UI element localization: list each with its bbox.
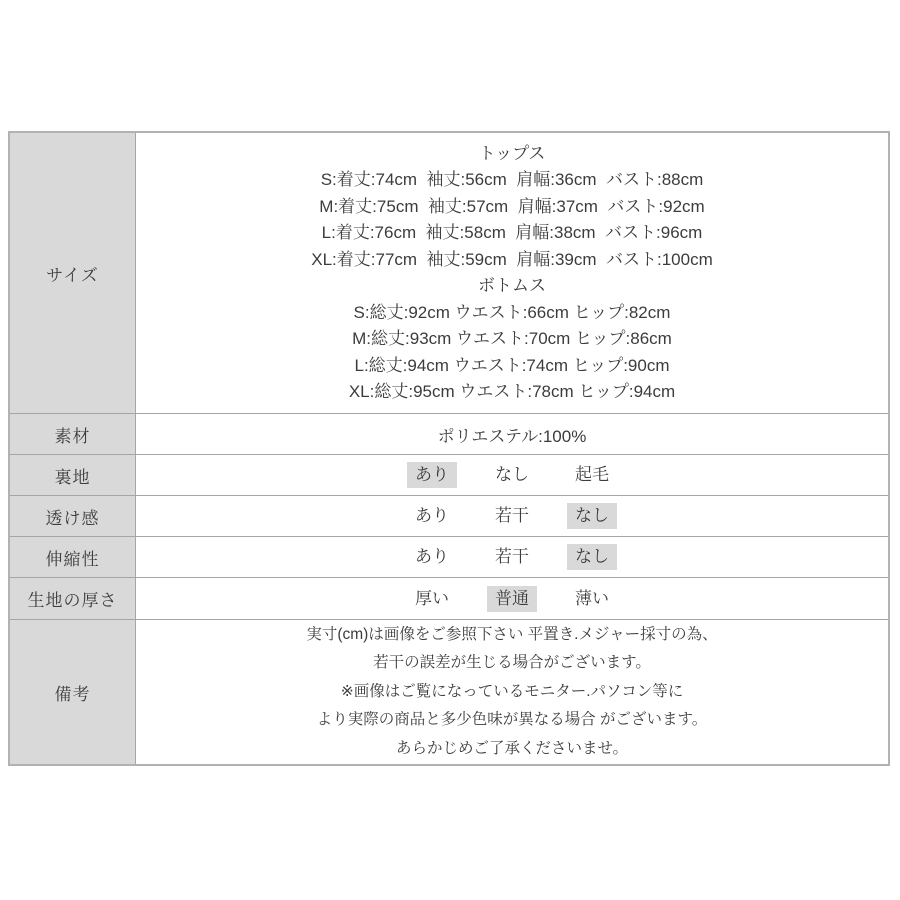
size-group-bottoms: ボトムス [478, 273, 546, 300]
remark-line-4: より実際の商品と多少色味が異なる場合 がございます。 [317, 706, 708, 735]
sheerness-option-jakkan: 若干 [487, 503, 537, 529]
row-remarks-label: 備考 [10, 620, 136, 764]
row-thickness-label: 生地の厚さ [10, 578, 136, 619]
size-line-bottoms-l: L:総丈:94cm ウエスト:74cm ヒップ:90cm [355, 353, 670, 380]
remark-line-3: ※画像はご覧になっているモニター.パソコン等に [341, 678, 684, 707]
lining-option-nashi: なし [487, 462, 537, 488]
size-group-tops: トップス [479, 141, 546, 168]
row-size-value: トップス S:着丈:74cm 袖丈:56cm 肩幅:36cm バスト:88cm … [136, 133, 888, 413]
row-size-label: サイズ [10, 133, 136, 413]
size-line-tops-xl: XL:着丈:77cm 袖丈:59cm 肩幅:39cm バスト:100cm [311, 247, 712, 274]
row-size: サイズ トップス S:着丈:74cm 袖丈:56cm 肩幅:36cm バスト:8… [10, 133, 888, 413]
row-sheerness: 透け感 あり 若干 なし [10, 495, 888, 536]
row-remarks-value: 実寸(cm)は画像をご参照下さい 平置き.メジャー採寸の為、 若干の誤差が生じる… [136, 620, 888, 764]
lining-options: あり なし 起毛 [407, 462, 617, 488]
row-lining-label: 裏地 [10, 455, 136, 495]
row-material-label: 素材 [10, 414, 136, 454]
row-lining-value: あり なし 起毛 [136, 455, 888, 495]
sheerness-option-nashi: なし [567, 503, 617, 529]
row-stretch-label: 伸縮性 [10, 537, 136, 577]
size-line-tops-l: L:着丈:76cm 袖丈:58cm 肩幅:38cm バスト:96cm [322, 220, 703, 247]
remark-line-5: あらかじめご了承くださいませ。 [396, 735, 628, 764]
size-line-tops-s: S:着丈:74cm 袖丈:56cm 肩幅:36cm バスト:88cm [321, 167, 704, 194]
row-thickness-value: 厚い 普通 薄い [136, 578, 888, 619]
row-remarks: 備考 実寸(cm)は画像をご参照下さい 平置き.メジャー採寸の為、 若干の誤差が… [10, 619, 888, 764]
lining-option-kimou: 起毛 [567, 462, 617, 488]
thickness-option-atsui: 厚い [407, 586, 457, 612]
row-stretch-value: あり 若干 なし [136, 537, 888, 577]
size-line-bottoms-xl: XL:総丈:95cm ウエスト:78cm ヒップ:94cm [349, 379, 675, 406]
remark-line-1: 実寸(cm)は画像をご参照下さい 平置き.メジャー採寸の為、 [306, 621, 717, 650]
material-value: ポリエステル:100% [438, 422, 587, 447]
sheerness-option-ari: あり [407, 503, 457, 529]
size-line-tops-m: M:着丈:75cm 袖丈:57cm 肩幅:37cm バスト:92cm [319, 194, 704, 221]
row-thickness: 生地の厚さ 厚い 普通 薄い [10, 577, 888, 619]
stretch-option-ari: あり [407, 544, 457, 570]
size-line-bottoms-m: M:総丈:93cm ウエスト:70cm ヒップ:86cm [352, 326, 672, 353]
row-sheerness-label: 透け感 [10, 496, 136, 536]
lining-option-ari: あり [407, 462, 457, 488]
thickness-option-usui: 薄い [567, 586, 617, 612]
row-material: 素材 ポリエステル:100% [10, 413, 888, 454]
sheerness-options: あり 若干 なし [407, 503, 617, 529]
stretch-option-jakkan: 若干 [487, 544, 537, 570]
product-spec-table: サイズ トップス S:着丈:74cm 袖丈:56cm 肩幅:36cm バスト:8… [8, 131, 890, 766]
size-line-bottoms-s: S:総丈:92cm ウエスト:66cm ヒップ:82cm [354, 300, 671, 327]
thickness-options: 厚い 普通 薄い [407, 586, 617, 612]
row-sheerness-value: あり 若干 なし [136, 496, 888, 536]
row-stretch: 伸縮性 あり 若干 なし [10, 536, 888, 577]
thickness-option-futsuu: 普通 [487, 586, 537, 612]
row-lining: 裏地 あり なし 起毛 [10, 454, 888, 495]
remark-line-2: 若干の誤差が生じる場合がございます。 [373, 649, 651, 678]
stretch-option-nashi: なし [567, 544, 617, 570]
row-material-value: ポリエステル:100% [136, 414, 888, 454]
stretch-options: あり 若干 なし [407, 544, 617, 570]
